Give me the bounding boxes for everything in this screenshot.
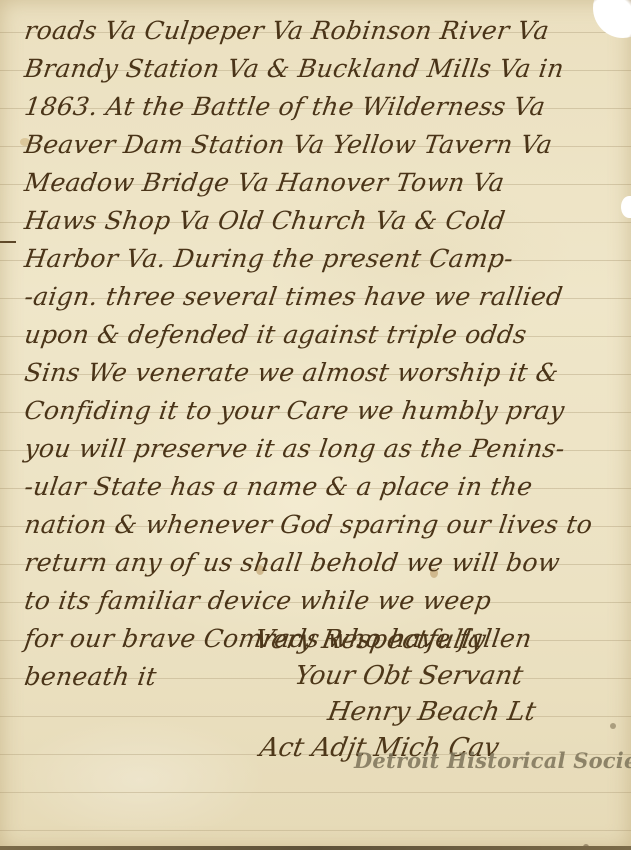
body-line: -ular State has a name & a place in the <box>22 468 627 506</box>
body-line: Haws Shop Va Old Church Va & Cold <box>22 202 627 240</box>
body-line: upon & defended it against triple odds <box>22 316 627 354</box>
body-line: nation & whenever God sparing our lives … <box>22 506 627 544</box>
watermark-detroit-historical-society: Detroit Historical Society <box>354 748 631 773</box>
body-line: 1863. At the Battle of the Wilderness Va <box>22 88 627 126</box>
body-line: Harbor Va. During the present Camp- <box>22 240 627 278</box>
closing-salutation: Very Respectfully <box>252 622 623 658</box>
signature-name: Henry Beach Lt <box>325 694 623 730</box>
closing-signature: Very Respectfully Your Obt Servant Henry… <box>250 622 620 766</box>
letter-body: roads Va Culpeper Va Robinson River Va B… <box>22 12 622 696</box>
body-line: you will preserve it as long as the Peni… <box>22 430 627 468</box>
body-line: -aign. three several times have we ralli… <box>22 278 627 316</box>
edge-notch <box>621 196 631 218</box>
body-line: Meadow Bridge Va Hanover Town Va <box>22 164 627 202</box>
page-bottom-edge <box>0 846 631 850</box>
margin-hyphen-mark <box>0 241 16 243</box>
body-line: roads Va Culpeper Va Robinson River Va <box>22 12 627 50</box>
body-line: return any of us shall behold we will bo… <box>22 544 627 582</box>
body-line: Confiding it to your Care we humbly pray <box>22 392 627 430</box>
body-line: Sins We venerate we almost worship it & <box>22 354 627 392</box>
body-line: Brandy Station Va & Buckland Mills Va in <box>22 50 627 88</box>
body-line: Beaver Dam Station Va Yellow Tavern Va <box>22 126 627 164</box>
letter-page: roads Va Culpeper Va Robinson River Va B… <box>0 0 631 850</box>
closing-servant-line: Your Obt Servant <box>292 658 623 694</box>
body-line: to its familiar device while we weep <box>22 582 627 620</box>
